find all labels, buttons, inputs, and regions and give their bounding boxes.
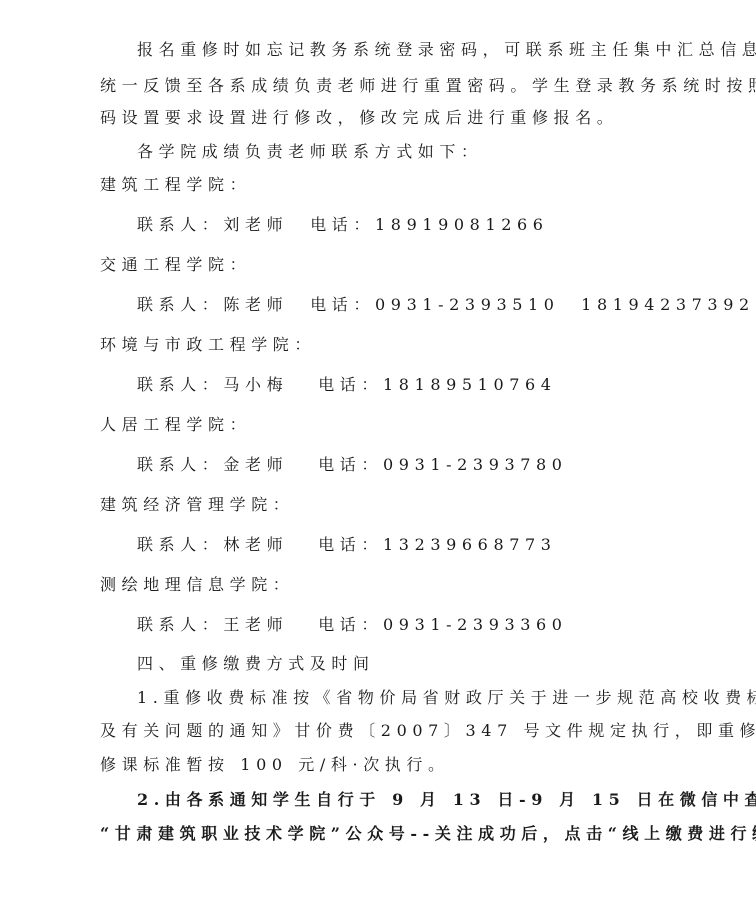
college-contact-row: 联系人：金老师电话：0931-2393780: [137, 455, 568, 475]
college-contact-row: 联系人：王老师电话：0931-2393360: [137, 615, 568, 635]
intro-line-2: 统一反馈至各系成绩负责老师进行重置密码。学生登录教务系统时按照密: [100, 76, 756, 96]
contact-person: 联系人：陈老师: [137, 295, 288, 314]
item1-line-3: 修课标准暂按 100 元/科·次执行。: [100, 755, 450, 775]
contact-person: 联系人：王老师: [137, 615, 288, 634]
contact-person: 联系人：刘老师: [137, 215, 288, 234]
college-name: 环境与市政工程学院：: [100, 335, 316, 355]
contact-phone: 电话：0931-2393780: [318, 455, 567, 474]
item2-line-1: 2.由各系通知学生自行于 9 月 13 日-9 月 15 日在微信中查找并关注: [137, 790, 756, 810]
intro-line-1: 报名重修时如忘记教务系统登录密码，可联系班主任集中汇总信息后，: [137, 40, 756, 60]
section-heading: 四、重修缴费方式及时间: [137, 654, 375, 674]
college-contact-row: 联系人：马小梅电话：18189510764: [137, 375, 557, 395]
college-name: 建筑工程学院：: [100, 175, 251, 195]
college-name: 测绘地理信息学院：: [100, 575, 294, 595]
item1-line-2: 及有关问题的通知》甘价费〔2007〕347 号文件规定执行，即重修收费必: [100, 721, 756, 741]
college-name: 交通工程学院：: [100, 255, 251, 275]
contact-phone: 电话：0931-2393510 18194237392: [310, 295, 755, 314]
contact-phone: 电话：18919081266: [310, 215, 548, 234]
contact-phone: 电话：0931-2393360: [318, 615, 567, 634]
contacts-intro: 各学院成绩负责老师联系方式如下：: [137, 142, 483, 162]
intro-line-3: 码设置要求设置进行修改，修改完成后进行重修报名。: [100, 108, 618, 128]
college-contact-row: 联系人：刘老师电话：18919081266: [137, 215, 549, 235]
contact-person: 联系人：金老师: [137, 455, 288, 474]
college-name: 建筑经济管理学院：: [100, 495, 294, 515]
contact-phone: 电话：18189510764: [318, 375, 556, 394]
document-page: 报名重修时如忘记教务系统登录密码，可联系班主任集中汇总信息后， 统一反馈至各系成…: [0, 0, 756, 898]
college-contact-row: 联系人：陈老师电话：0931-2393510 18194237392: [137, 295, 755, 315]
contact-person: 联系人：林老师: [137, 535, 288, 554]
item1-line-1: 1.重修收费标准按《省物价局省财政厅关于进一步规范高校收费标准: [137, 688, 756, 708]
contact-phone: 电话：13239668773: [318, 535, 556, 554]
college-name: 人居工程学院：: [100, 415, 251, 435]
college-contact-row: 联系人：林老师电话：13239668773: [137, 535, 557, 555]
contact-person: 联系人：马小梅: [137, 375, 288, 394]
item2-line-2: “甘肃建筑职业技术学院”公众号--关注成功后，点击“线上缴费进行缴: [100, 824, 756, 844]
